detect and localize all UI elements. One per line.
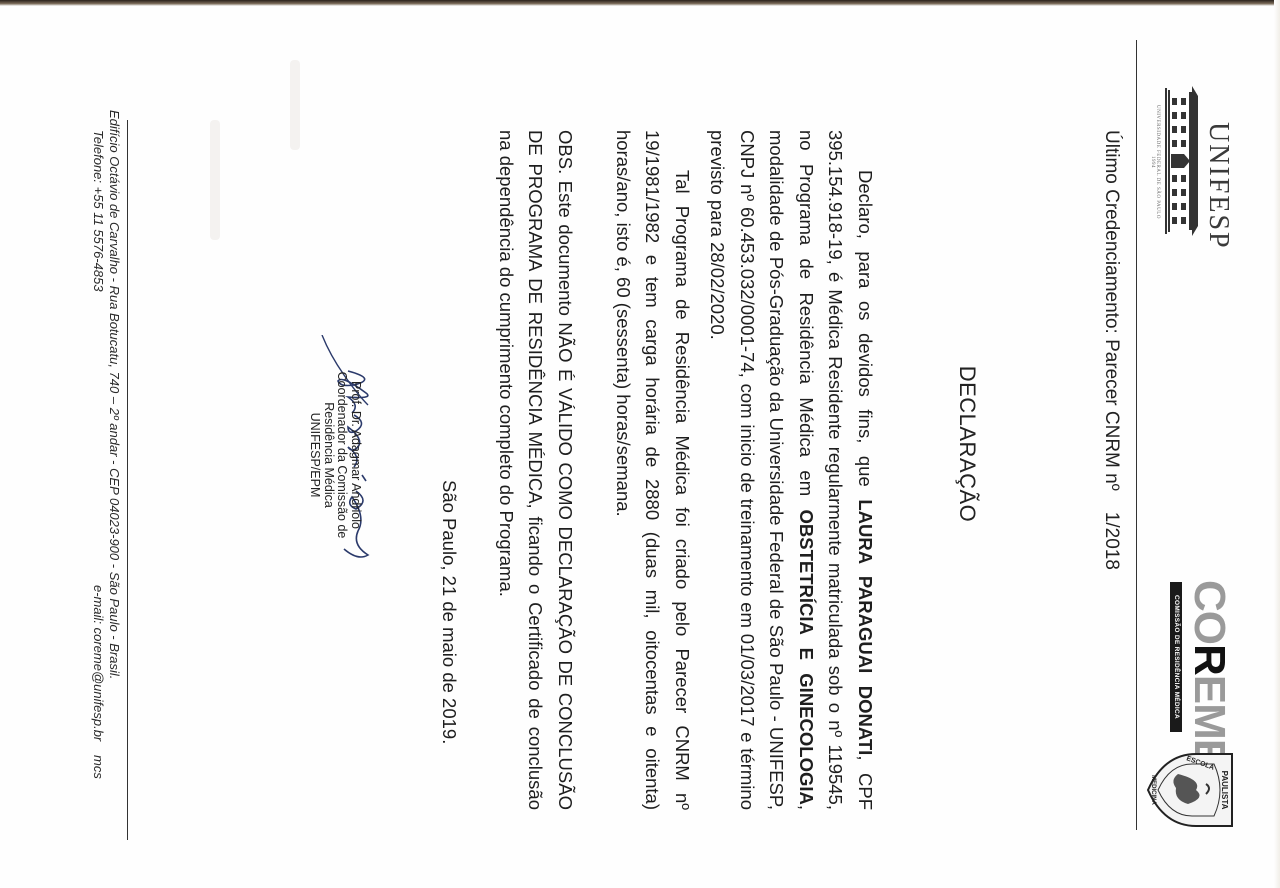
- residency-specialty: OBSTETRÍCIA E GINECOLOGIA: [796, 510, 817, 805]
- scan-top-edge: [1274, 0, 1280, 888]
- coreme-letters-light: CO: [1185, 580, 1234, 644]
- unifesp-subtitle-text: UNIVERSIDADE FEDERAL DE SÃO PAULO: [1155, 82, 1160, 242]
- accreditation-line: Último Credenciamento: Parecer CNRM nº 1…: [1100, 130, 1122, 570]
- unifesp-wordmark: UNIFESP: [1202, 122, 1234, 250]
- footer-divider: [127, 120, 128, 840]
- observation-paragraph: OBS. Este documento NÃO É VÁLIDO COMO DE…: [492, 130, 581, 810]
- footer-phone: Telefone: +55 11 5576-4853: [91, 130, 106, 292]
- coreme-wordmark: COREME: [1184, 580, 1234, 767]
- bleed-through-mark: [210, 120, 220, 240]
- unifesp-subtitle: UNIVERSIDADE FEDERAL DE SÃO PAULO 1994: [1150, 82, 1160, 242]
- signatory-name: Prof. Dr. Adagmar Andriolo: [349, 355, 363, 555]
- place-and-date: São Paulo, 21 de maio de 2019.: [438, 480, 460, 744]
- coreme-letter-dark: R: [1185, 644, 1234, 675]
- university-building-icon: [1164, 86, 1198, 236]
- unifesp-logo: UNIFESP UNIVERSIDADE FEDERAL DE SÃO PAUL…: [1138, 42, 1234, 242]
- coreme-logo: COREME COMISSÃO DE RESIDÊNCIA MÉDICA: [1138, 572, 1234, 742]
- signatory-role: Residência Médica: [322, 355, 336, 555]
- shield-text-bottom: MEDICINA: [1150, 775, 1156, 805]
- declaration-paragraph: Declaro, para os devidos fins, que LAURA…: [703, 130, 880, 810]
- footer-initials: mcs: [91, 755, 106, 779]
- scanned-document-page: UNIFESP UNIVERSIDADE FEDERAL DE SÃO PAUL…: [0, 0, 1280, 888]
- resident-name: LAURA PARAGUAI DONATI: [855, 499, 876, 755]
- signatory-role: Coordenador da Comissão de: [335, 355, 349, 555]
- escola-paulista-medicina-shield-icon: PAULISTA ESCOLA MEDICINA: [1144, 750, 1236, 830]
- document-title: DECLARAÇÃO: [954, 0, 980, 888]
- footer-email: e-mail: coreme@unifesp.br: [91, 585, 106, 741]
- shield-text-top: PAULISTA: [1220, 771, 1229, 810]
- program-paragraph: Tal Programa de Residência Médica foi cr…: [609, 130, 698, 810]
- signatory-block: Prof. Dr. Adagmar Andriolo Coordenador d…: [308, 355, 362, 555]
- bleed-through-mark: [290, 60, 300, 150]
- signatory-institution: UNIFESP/EPM: [308, 355, 322, 555]
- footer-address: Edifício Octávio de Carvalho - Rua Botuc…: [107, 110, 122, 800]
- coreme-subtitle: COMISSÃO DE RESIDÊNCIA MÉDICA: [1170, 582, 1182, 732]
- header-divider: [1136, 40, 1137, 830]
- scan-shadow-edge: [0, 0, 1280, 6]
- paragraph-text: Declaro, para os devidos fins, que: [855, 170, 876, 499]
